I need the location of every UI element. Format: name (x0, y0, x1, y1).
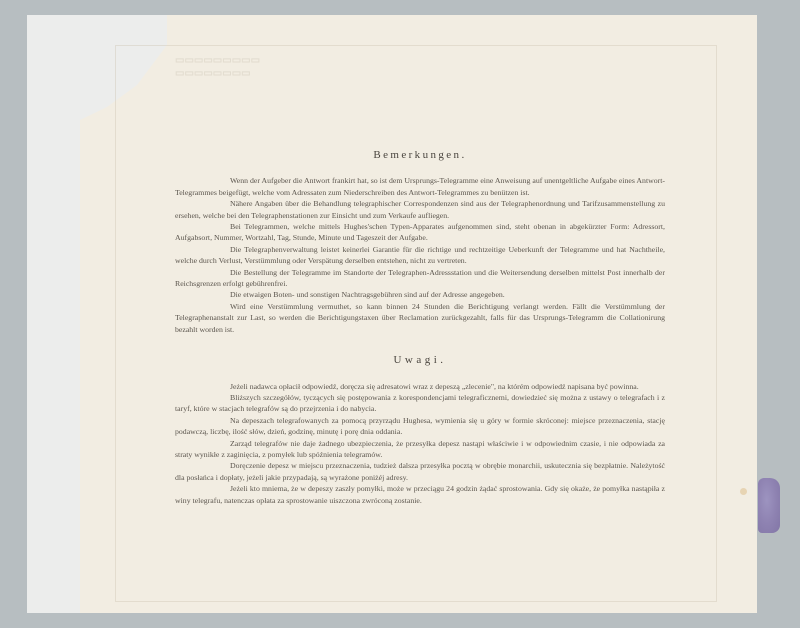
paragraph: Zarząd telegrafów nie daje żadnego ubezp… (175, 438, 665, 461)
paragraph: Nähere Angaben über die Behandlung teleg… (175, 198, 665, 221)
paragraph: Jeżeli nadawca opłacił odpowiedź, doręcz… (175, 381, 665, 392)
document-body: Bemerkungen. Wenn der Aufgeber die Antwo… (175, 150, 665, 506)
paragraph: Bliższych szczegółów, tyczących się post… (175, 392, 665, 415)
bleed-through-text: ▭▭▭▭▭▭▭▭▭ (175, 55, 260, 66)
bleed-through-text: ▭▭▭▭▭▭▭▭ (175, 68, 251, 79)
scan-background: ▭▭▭▭▭▭▭▭▭ ▭▭▭▭▭▭▭▭ Bemerkungen. Wenn der… (0, 0, 800, 628)
paper-stain (740, 488, 747, 495)
paragraph: Die Telegraphenverwaltung leistet keiner… (175, 244, 665, 267)
paragraph: Jeżeli kto mniema, że w depeszy zaszły p… (175, 483, 665, 506)
paragraph: Doręczenie depesz w miejscu przeznaczeni… (175, 460, 665, 483)
paragraph: Die Bestellung der Telegramme im Standor… (175, 267, 665, 290)
paragraph: Bei Telegrammen, welche mittels Hughes's… (175, 221, 665, 244)
paragraph: Na depeszach telegrafowanych za pomocą p… (175, 415, 665, 438)
section-heading-polish: Uwagi. (175, 355, 665, 366)
section-heading-german: Bemerkungen. (175, 150, 665, 161)
paragraph: Die etwaigen Boten- und sonstigen Nachtr… (175, 289, 665, 300)
wax-seal-fragment (758, 478, 780, 533)
paragraph: Wenn der Aufgeber die Antwort frankirt h… (175, 175, 665, 198)
paragraph: Wird eine Verstümmlung vermuthet, so kan… (175, 301, 665, 335)
